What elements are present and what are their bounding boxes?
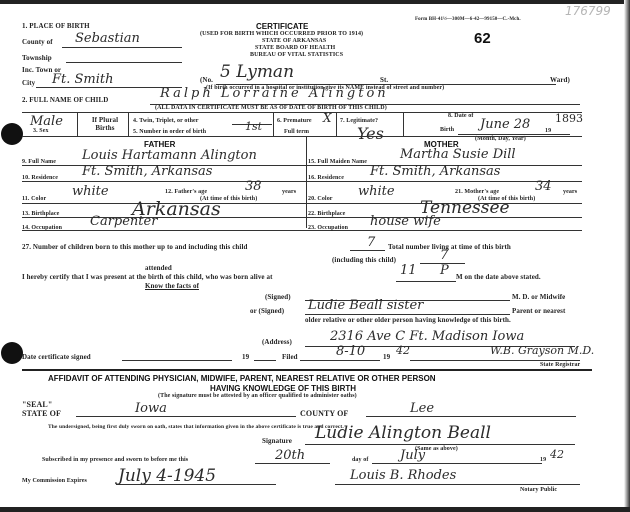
parent-nearest-label: Parent or nearest <box>512 307 565 315</box>
parent-note: older relative or other older person hav… <box>305 316 585 324</box>
signed-label: (Signed) <box>265 293 291 301</box>
living-including-label: (including this child) <box>332 256 396 264</box>
child-name-label: 2. FULL NAME OF CHILD <box>22 96 108 104</box>
affiant-signature: Ludie Alington Beall <box>315 423 491 443</box>
dob-label-2: Birth <box>440 127 454 133</box>
mother-age-unit: years <box>563 189 577 195</box>
address-label: (Address) <box>262 338 292 346</box>
mother-occupation-value: house wife <box>370 214 441 229</box>
document-bottom-edge <box>0 507 630 512</box>
twin-label: 4. Twin, Triplet, or other <box>133 118 199 124</box>
notary-signature: Louis B. Rhodes <box>350 468 456 483</box>
mother-age-label: 21. Mother's age <box>455 189 499 195</box>
mother-name-value: Martha Susie Dill <box>400 147 516 162</box>
dob-year-prefix: 19 <box>545 128 551 134</box>
sex-label: 3. Sex <box>33 128 49 134</box>
filed-label: Filed <box>282 353 298 361</box>
dob-value: June 28 <box>480 117 530 132</box>
father-occupation-value: Carpenter <box>90 214 157 229</box>
certificate-subtitle: (USED FOR BIRTH WHICH OCCURRED PRIOR TO … <box>200 31 363 37</box>
subscribed-label: Subscribed in my presence and sworn to b… <box>42 457 188 463</box>
child-name-value: Ralph Lorraine Alington <box>160 86 389 101</box>
subscribed-year-value: 42 <box>550 448 564 461</box>
children-count-label: 27. Number of children born to this moth… <box>22 243 248 251</box>
seal-label: "SEAL" <box>22 400 52 409</box>
mother-residence-value: Ft. Smith, Arkansas <box>370 164 500 179</box>
birth-time-value: 11 <box>400 263 417 278</box>
affidavit-title: AFFIDAVIT OF ATTENDING PHYSICIAN, MIDWIF… <box>48 374 436 383</box>
mother-color-value: white <box>358 184 395 199</box>
board-name: STATE BOARD OF HEALTH <box>255 45 335 51</box>
affidavit-title-2: HAVING KNOWLEDGE OF THIS BIRTH <box>210 384 356 393</box>
punch-hole-bottom <box>1 342 23 364</box>
full-term-label: Full term <box>284 129 309 135</box>
certificate-title: CERTIFICATE <box>256 22 308 31</box>
ward-label: Ward) <box>550 76 570 84</box>
affidavit-county-value: Lee <box>410 401 434 416</box>
document-top-edge <box>0 0 630 4</box>
bureau-name: BUREAU OF VITAL STATISTICS <box>250 52 343 58</box>
father-age-value: 38 <box>245 179 262 194</box>
filed-year-value: 42 <box>396 344 410 357</box>
father-name-value: Louis Hartamann Alington <box>82 148 257 163</box>
sex-value: Male <box>30 114 63 129</box>
signature-label: Signature <box>262 437 292 445</box>
know-facts-label: Know the facts of <box>145 282 199 290</box>
date-signed-year-prefix: 19 <box>242 353 249 361</box>
father-color-value: white <box>72 184 109 199</box>
registrar-label: State Registrar <box>540 362 580 368</box>
commission-label: My Commission Expires <box>22 478 87 484</box>
certify-text: I hereby certify that I was present at t… <box>22 273 273 281</box>
father-age-unit: years <box>282 189 296 195</box>
date-signed-label: Date certificate signed <box>22 353 91 361</box>
street-label: St. <box>380 76 388 84</box>
filed-value: 8-10 <box>336 344 365 359</box>
living-count-value: 7 <box>440 248 448 263</box>
or-signed-label: or (Signed) <box>250 307 284 315</box>
plural-births-label: If Plural Births <box>85 116 125 132</box>
state-of-label: STATE OF <box>22 409 61 418</box>
birth-ampm-value: P <box>440 263 449 278</box>
county-value: Sebastian <box>75 31 140 46</box>
father-residence-value: Ft. Smith, Arkansas <box>82 164 212 179</box>
father-color-label: 11. Color <box>22 196 46 202</box>
order-value: 1st <box>245 120 262 133</box>
children-count-value: 7 <box>367 235 375 250</box>
state-name: STATE OF ARKANSAS <box>262 38 326 44</box>
city-label: City <box>22 79 35 87</box>
dob-label-1: 8. Date of <box>448 113 474 119</box>
notary-label: Notary Public <box>520 487 557 493</box>
place-of-birth-label: 1. PLACE OF BIRTH <box>22 22 90 30</box>
informant-signature: Ludie Beall sister <box>308 298 423 313</box>
city-value: Ft. Smith <box>52 72 114 87</box>
subscribed-month-value: July <box>400 448 425 463</box>
county-of-label: COUNTY OF <box>300 409 348 418</box>
county-label: County of <box>22 38 53 46</box>
premature-value: X <box>323 111 332 125</box>
street-number-label: (No. <box>200 76 213 84</box>
registrar-signature: W.B. Grayson M.D. <box>490 344 594 357</box>
document-right-edge <box>624 0 630 512</box>
certificate-number: 62 <box>474 30 491 47</box>
md-midwife-label: M. D. or Midwife <box>512 293 565 301</box>
legitimate-value: Yes <box>357 124 384 143</box>
archive-number-stamp: 176799 <box>565 4 611 18</box>
subscribed-year-prefix: 19 <box>540 457 546 463</box>
dob-year-value: 1893 <box>555 112 583 125</box>
data-note: (ALL DATA IN CERTIFICATE MUST BE AS OF D… <box>155 105 387 111</box>
mother-age-value: 34 <box>535 179 552 194</box>
affidavit-note: (The signature must be attested by an of… <box>158 393 357 399</box>
day-of-label: day of <box>352 457 368 463</box>
address-value: 2316 Ave C Ft. Madison Iowa <box>330 329 524 344</box>
order-label: 5. Number in order of birth <box>133 129 206 135</box>
commission-value: July 4-1945 <box>118 466 216 486</box>
affidavit-state-value: Iowa <box>135 401 167 416</box>
attended-label: attended <box>145 264 172 272</box>
certify-text-2: M on the date above stated. <box>456 273 541 281</box>
father-age-label: 12. Father's age <box>165 189 207 195</box>
street-value: 5 Lyman <box>220 62 294 82</box>
living-count-label: Total number living at time of this birt… <box>388 243 511 251</box>
form-code: Form BH-41½—300M—6-42—99150—C.-Mch. <box>415 17 521 22</box>
punch-hole-top <box>1 123 23 145</box>
subscribed-day-value: 20th <box>275 448 305 463</box>
filed-year-prefix: 19 <box>383 353 390 361</box>
township-label: Township <box>22 54 52 62</box>
mother-color-label: 20. Color <box>308 196 333 202</box>
oath-text: The undersigned, being first duly sworn … <box>48 424 344 430</box>
premature-label: 6. Premature <box>277 118 312 124</box>
mother-occupation-label: 23. Occupation <box>308 225 348 231</box>
